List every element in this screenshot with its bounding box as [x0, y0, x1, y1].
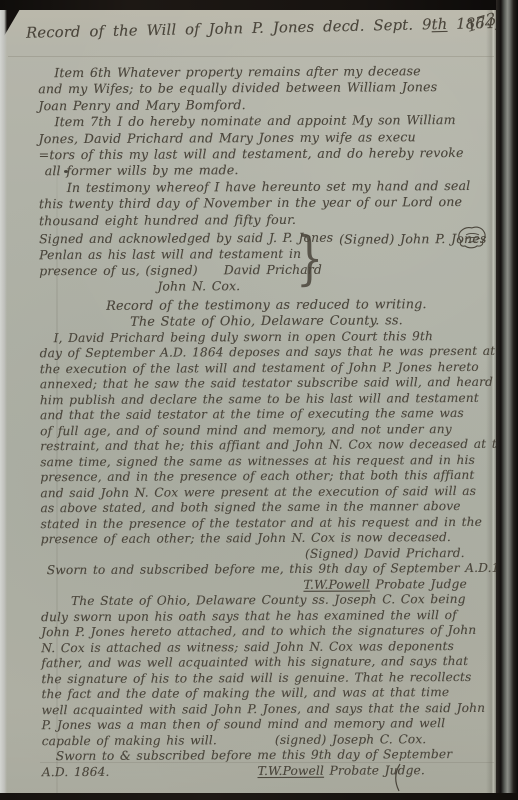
text-segment: Probate Judge. [324, 763, 425, 778]
text-segment: The State of Ohio, Delaware County. ss. [130, 313, 403, 329]
text-segment: I, David Prichard being duly sworn in op… [54, 329, 433, 345]
handwritten-line: and my Wifes; to be equally divided betw… [38, 79, 492, 98]
text-segment: father, and was well acquainted with his… [41, 654, 468, 670]
text-segment: =tors of this my last will and testament… [39, 145, 464, 162]
record-title: Record of the Will of John P. Jones decd… [26, 15, 476, 41]
text-segment: of full age, and of sound mind and memor… [40, 422, 452, 438]
text-segment: Sworn to & subscribed before me this 9th… [56, 747, 453, 763]
text-segment: the signature of his to the said will is… [41, 670, 471, 686]
text-segment: T.W.Powell [257, 763, 324, 777]
handwritten-line: thousand eight hundred and fifty four. [39, 210, 493, 229]
handwritten-line: =tors of this my last will and testament… [39, 145, 493, 164]
text-segment: A.D. 1864. [42, 764, 110, 778]
handwritten-line: Record of the testimony as reduced to wr… [39, 297, 493, 315]
text-segment: John N. Cox. [157, 278, 240, 293]
text-segment: all former wills by me made. [45, 163, 239, 179]
text-segment: presence of each other; the said John N.… [41, 530, 451, 546]
text-segment: presence, and in the presence of each ot… [40, 468, 474, 484]
handwritten-line: Sworn to & subscribed before me this 9th… [56, 747, 496, 765]
stray-pen-mark [392, 763, 404, 793]
text-segment: Signed and acknowledged by said J. P. Jo… [39, 230, 333, 247]
seal-scribble-icon [455, 225, 489, 252]
text-segment: Joan Penry and Mary Bomford. [38, 97, 245, 113]
text-segment: the execution of the last will and testa… [40, 360, 479, 376]
text-segment: Jones, David Prichard and Mary Jones my … [38, 129, 415, 146]
text-segment: T.W.Powell [303, 577, 370, 591]
brace-squiggle: } [296, 224, 324, 292]
cox-deposition: The State of Ohio, Delaware County ss. J… [41, 592, 496, 780]
text-segment: capable of making his will. [42, 733, 217, 748]
testimony-headings: Record of the testimony as reduced to wr… [39, 297, 493, 331]
text-segment: and my Wifes; to be equally divided betw… [38, 80, 437, 97]
text-segment: Record of the Will of John P. Jones decd… [26, 16, 432, 41]
text-segment: and that the said testator at the time o… [40, 406, 464, 422]
will-items-paragraphs: Item 6th Whatever property remains after… [38, 63, 493, 229]
handwritten-body: Item 6th Whatever property remains after… [38, 63, 496, 781]
book-edge-bottom [0, 793, 518, 800]
text-segment: as above stated, and both signed the sam… [40, 499, 460, 515]
header-rule [8, 56, 494, 57]
scanned-will-record-page: 173. Record of the Will of John P. Jones… [0, 0, 518, 800]
text-segment: him publish and declare the same to be h… [40, 391, 479, 407]
handwritten-line: Item 7th I do hereby nominate and appoin… [54, 112, 492, 131]
text-segment: thousand eight hundred and fifty four. [39, 212, 296, 228]
book-edge-right [496, 0, 518, 800]
book-edge-left [0, 0, 7, 800]
text-segment: same time, signed the same as witnesses … [40, 453, 475, 469]
handwritten-line: Record of the Will of John P. Jones decd… [26, 15, 476, 41]
handwritten-line: this twenty third day of November in the… [39, 194, 493, 213]
text-segment: In testimony whereof I have hereunto set… [67, 178, 471, 195]
text-segment: N. Cox is attached as witness; said John… [41, 639, 454, 655]
text-segment: 1864, [447, 15, 499, 33]
text-segment: this twenty third day of November in the… [39, 194, 462, 211]
text-segment: (Signed) David Prichard. [305, 546, 465, 561]
text-segment: The State of Ohio, Delaware County ss. J… [71, 592, 466, 608]
prichard-deposition: I, David Prichard being duly sworn in op… [40, 328, 495, 594]
text-segment: John P. Jones hereto attached, and to wh… [41, 623, 476, 639]
text-segment: Sworn to and subscribed before me, this … [47, 561, 518, 578]
text-segment: stated in the presence of the testator a… [40, 515, 482, 531]
text-segment: th [431, 16, 447, 33]
text-segment: annexed; that he saw the said testator s… [40, 375, 493, 391]
handwritten-line: P. Jones was a man then of sound mind an… [42, 716, 496, 734]
handwritten-line: A.D. 1864.T.W.Powell Probate Judge. [42, 762, 496, 780]
text-segment: presence of us, (signed) [39, 262, 198, 278]
text-segment: (signed) Joseph C. Cox. [275, 732, 426, 747]
text-segment: Probate Judge [370, 577, 467, 592]
text-segment: Item 7th I do hereby nominate and appoin… [54, 112, 455, 129]
text-segment: duly sworn upon his oath says that he ha… [41, 608, 457, 624]
text-segment: Penlan as his last will and testament in [39, 246, 301, 262]
text-segment: Record of the testimony as reduced to wr… [106, 297, 427, 314]
text-segment: Item 6th Whatever property remains after… [54, 63, 421, 80]
text-segment: restraint, and that he; this affiant and… [40, 437, 512, 453]
text-segment: and said John N. Cox were present at the… [40, 484, 476, 500]
text-segment: day of September A.D. 1864 deposes and s… [40, 344, 496, 360]
attestation-block: Signed and acknowledged by said J. P. Jo… [39, 229, 493, 297]
handwritten-line: John N. Cox. [157, 277, 493, 295]
text-segment: P. Jones was a man then of sound mind an… [42, 716, 446, 732]
text-segment: the fact and the date of making the will… [41, 685, 449, 701]
text-segment: well acquainted with said John P. Jones,… [41, 701, 485, 717]
book-edge-top [0, 0, 518, 10]
